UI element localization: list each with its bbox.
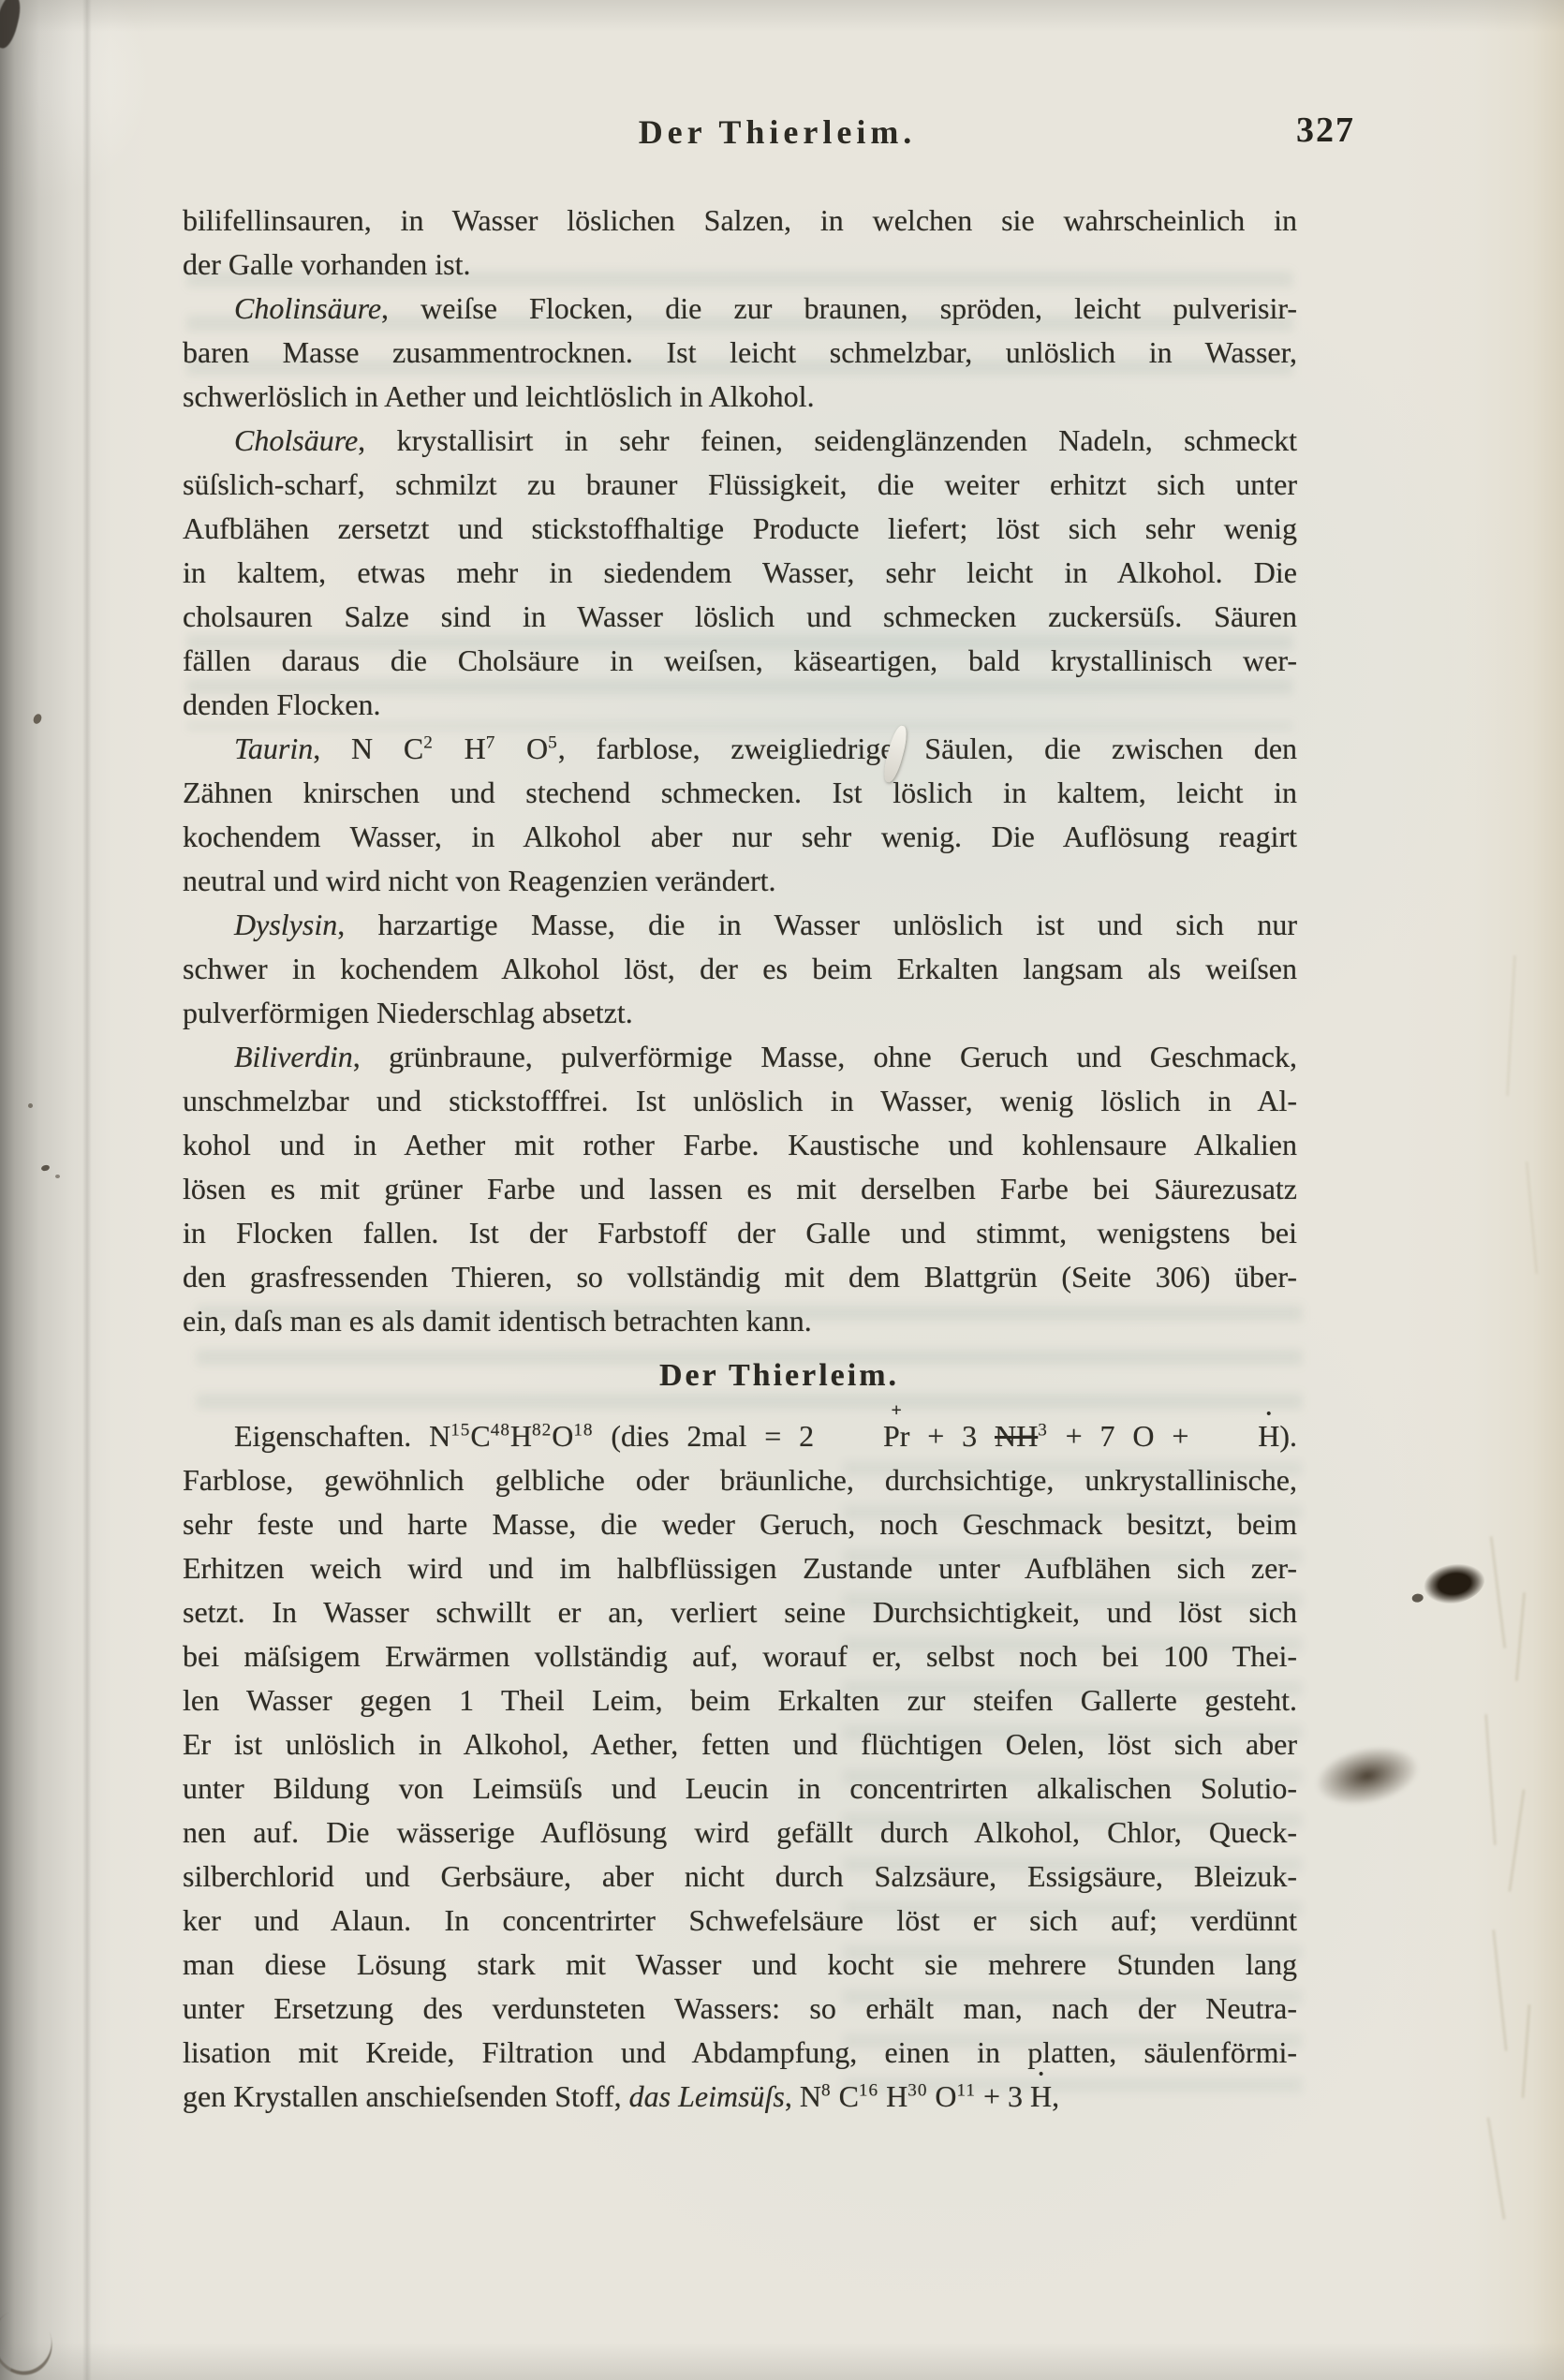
text-segment: C	[470, 1419, 490, 1453]
marginalia-stroke	[1492, 1929, 1508, 2051]
text-segment: O	[495, 732, 548, 765]
text-segment: setzt. In Wasser schwillt er an, verlier…	[183, 1595, 1297, 1629]
text-segment: ein, daſs man es als damit identisch bet…	[183, 1304, 812, 1338]
paper-speck	[32, 713, 43, 725]
text-segment: Zähnen knirschen und stechend schmecken.…	[183, 776, 1297, 809]
marginalia-stroke	[1515, 1592, 1526, 1681]
text-segment: unschmelzbar und stickstofffrei. Ist unl…	[183, 1084, 1297, 1117]
text-line: schwer in kochendem Alkohol löst, der es…	[183, 947, 1297, 991]
ink-mark-top-left	[0, 0, 24, 51]
text-segment: cholsauren Salze sind in Wasser löslich …	[183, 599, 1297, 633]
text-segment: pulverförmigen Niederschlag absetzt.	[183, 996, 633, 1029]
section-heading: Der Thierleim.	[222, 1353, 1336, 1397]
text-line: ker und Alaun. In concentrirter Schwefel…	[183, 1899, 1297, 1943]
text-segment: kohol und in Aether mit rother Farbe. Ka…	[183, 1128, 1297, 1161]
text-segment: Dyslysin	[234, 908, 337, 941]
text-segment: , harzartige Masse, die in Wasser unlösl…	[337, 908, 1297, 941]
text-line: nen auf. Die wässerige Auflösung wird ge…	[183, 1811, 1297, 1855]
text-segment: Eigenschaften. N	[234, 1419, 450, 1453]
page-header: Der Thierleim. 327	[183, 112, 1297, 152]
text-segment: neutral und wird nicht von Reagenzien ve…	[183, 864, 776, 897]
text-segment: 48	[491, 1420, 510, 1440]
paper-speck	[28, 1103, 33, 1108]
text-segment: 11	[957, 2080, 976, 2100]
text-segment: , grünbraune, pulverförmige Masse, ohne …	[353, 1040, 1297, 1073]
text-segment: süſslich-scharf, schmilzt zu brauner Flü…	[183, 467, 1297, 501]
text-line: gen Krystallen anschieſsenden Stoff, das…	[183, 2075, 1297, 2119]
text-segment: O	[927, 2079, 956, 2113]
text-line: kochendem Wasser, in Alkohol aber nur se…	[183, 815, 1297, 859]
text-segment: 30	[907, 2080, 927, 2100]
text-segment: ,	[1052, 2079, 1059, 2113]
text-segment: Erhitzen weich wird und im halbflüssigen…	[183, 1551, 1297, 1585]
text-segment: H	[434, 732, 486, 765]
text-line: Eigenschaften. N15C48H82O18 (dies 2mal =…	[183, 1414, 1297, 1458]
paragraph: Cholinsäure, weiſse Flocken, die zur bra…	[183, 287, 1297, 419]
text-segment: der Galle vorhanden ist.	[183, 247, 470, 281]
text-line: lisation mit Kreide, Filtration und Abda…	[183, 2031, 1297, 2075]
paragraph: Cholsäure, krystallisirt in sehr feinen,…	[183, 419, 1297, 727]
text-segment: nen auf. Die wässerige Auflösung wird ge…	[183, 1815, 1297, 1849]
text-segment: Aufblähen zersetzt und stickstoffhaltige…	[183, 511, 1297, 545]
marginalia-stroke	[1526, 1161, 1538, 1274]
text-segment: len Wasser gegen 1 Theil Leim, beim Erka…	[183, 1683, 1297, 1717]
text-line: Farblose, gewöhnlich gelbliche oder bräu…	[183, 1458, 1297, 1502]
marginalia-stroke	[1522, 2004, 1531, 2098]
text-line: bilifellinsauren, in Wasser löslichen Sa…	[183, 199, 1297, 243]
text-segment: NH	[995, 1419, 1038, 1453]
text-segment: + 3	[976, 2079, 1030, 2113]
text-segment: 16	[859, 2080, 878, 2100]
paper-speck	[55, 1175, 60, 1178]
text-segment: unter Ersetzung des verdunsteten Wassers…	[183, 1991, 1297, 2025]
text-line: unschmelzbar und stickstofffrei. Ist unl…	[183, 1079, 1297, 1123]
ink-blot	[1421, 1560, 1487, 1608]
text-line: pulverförmigen Niederschlag absetzt.	[183, 991, 1297, 1035]
text-segment: , N C	[313, 732, 423, 765]
text-line: lösen es mit grüner Farbe und lassen es …	[183, 1167, 1297, 1211]
text-segment: 8	[821, 2080, 832, 2100]
paragraph: Dyslysin, harzartige Masse, die in Wasse…	[183, 903, 1297, 1035]
text-segment: in Flocken fallen. Ist der Farbstoff der…	[183, 1216, 1297, 1249]
text-segment: unter Bildung von Leimsüſs und Leucin in…	[183, 1771, 1297, 1805]
text-line: unter Ersetzung des verdunsteten Wassers…	[183, 1987, 1297, 2031]
text-segment: silberchlorid und Gerbsäure, aber nicht …	[183, 1859, 1297, 1893]
text-segment: Taurin	[234, 732, 313, 765]
page-content: Der Thierleim. 327 bilifellinsauren, in …	[183, 0, 1297, 2380]
overline-mark: +	[840, 1402, 902, 1421]
text-line: unter Bildung von Leimsüſs und Leucin in…	[183, 1767, 1297, 1811]
text-segment: H	[878, 2079, 907, 2113]
text-segment: denden Flocken.	[183, 687, 381, 721]
text-line: man diese Lösung stark mit Wasser und ko…	[183, 1943, 1297, 1987]
text-line: neutral und wird nicht von Reagenzien ve…	[183, 859, 1297, 903]
text-segment: lösen es mit grüner Farbe und lassen es …	[183, 1172, 1297, 1205]
text-segment: H	[510, 1419, 532, 1453]
text-line: süſslich-scharf, schmilzt zu brauner Flü…	[183, 463, 1297, 507]
handwritten-flourish	[0, 2301, 62, 2380]
text-line: der Galle vorhanden ist.	[183, 243, 1297, 287]
text-segment: kochendem Wasser, in Alkohol aber nur se…	[183, 820, 1297, 853]
text-segment: schwer in kochendem Alkohol löst, der es…	[183, 952, 1297, 985]
text-segment: bei mäſsigem Erwärmen vollständig auf, w…	[183, 1639, 1297, 1673]
text-line: fällen daraus die Cholsäure in weiſsen, …	[183, 639, 1297, 683]
paragraph: Taurin, N C2 H7 O5, farblose, zweigliedr…	[183, 727, 1297, 903]
marginalia-stroke	[1486, 2117, 1505, 2219]
text-line: Er ist unlöslich in Alkohol, Aether, fet…	[183, 1722, 1297, 1767]
text-segment: , weiſse Flocken, die zur braunen, spröd…	[381, 291, 1297, 325]
text-segment: +Pr	[832, 1414, 909, 1458]
text-segment: 15	[450, 1420, 470, 1440]
text-line: baren Masse zusammentrocknen. Ist leicht…	[183, 331, 1297, 375]
text-segment: Er ist unlöslich in Alkohol, Aether, fet…	[183, 1727, 1297, 1761]
text-segment: ·H	[1206, 1414, 1279, 1458]
text-segment: man diese Lösung stark mit Wasser und ko…	[183, 1947, 1297, 1981]
text-line: sehr feste und harte Masse, die weder Ge…	[183, 1502, 1297, 1546]
marginalia-stroke	[1506, 955, 1516, 1096]
book-page-scan: Der Thierleim. 327 bilifellinsauren, in …	[0, 0, 1564, 2380]
text-line: Taurin, N C2 H7 O5, farblose, zweigliedr…	[183, 727, 1297, 771]
text-line: kohol und in Aether mit rother Farbe. Ka…	[183, 1123, 1297, 1167]
text-segment: den grasfressenden Thieren, so vollständ…	[183, 1260, 1297, 1293]
text-segment: Farblose, gewöhnlich gelbliche oder bräu…	[183, 1463, 1297, 1497]
text-segment: baren Masse zusammentrocknen. Ist leicht…	[183, 335, 1297, 369]
text-line: den grasfressenden Thieren, so vollständ…	[183, 1255, 1297, 1299]
text-segment: (dies 2mal = 2	[594, 1419, 832, 1453]
text-segment: C	[832, 2079, 859, 2113]
text-line: in Flocken fallen. Ist der Farbstoff der…	[183, 1211, 1297, 1255]
text-line: Zähnen knirschen und stechend schmecken.…	[183, 771, 1297, 815]
text-segment: bilifellinsauren, in Wasser löslichen Sa…	[183, 203, 1297, 237]
text-segment: + 3	[909, 1419, 995, 1453]
text-segment: 3	[1038, 1420, 1048, 1440]
text-line: cholsauren Salze sind in Wasser löslich …	[183, 595, 1297, 639]
text-line: bei mäſsigem Erwärmen vollständig auf, w…	[183, 1634, 1297, 1678]
text-segment: ·H	[1030, 2075, 1052, 2119]
text-segment: , krystallisirt in sehr feinen, seidengl…	[358, 423, 1297, 457]
text-segment: 7	[486, 732, 496, 752]
paragraph: bilifellinsauren, in Wasser löslichen Sa…	[183, 199, 1297, 287]
text-line: setzt. In Wasser schwillt er an, verlier…	[183, 1590, 1297, 1634]
text-line: len Wasser gegen 1 Theil Leim, beim Erka…	[183, 1678, 1297, 1722]
text-segment: fällen daraus die Cholsäure in weiſsen, …	[183, 643, 1297, 677]
text-segment: 5	[548, 732, 558, 752]
text-line: Biliverdin, grünbraune, pulverförmige Ma…	[183, 1035, 1297, 1079]
text-segment: sehr feste und harte Masse, die weder Ge…	[183, 1507, 1297, 1541]
book-gutter-shadow	[82, 0, 92, 2380]
text-segment: Cholinsäure	[234, 291, 381, 325]
running-title: Der Thierleim.	[220, 112, 1335, 152]
text-segment: 2	[423, 732, 434, 752]
overline-mark: ·	[1214, 1403, 1273, 1426]
ink-smear	[1310, 1737, 1424, 1814]
page-number: 327	[1296, 110, 1355, 151]
text-segment: , N	[785, 2079, 821, 2113]
text-segment: , farblose, zweigliedrige Säulen, die zw…	[558, 732, 1297, 765]
marginalia-stroke	[1484, 1714, 1497, 1845]
text-line: ein, daſs man es als damit identisch bet…	[183, 1299, 1297, 1343]
text-line: denden Flocken.	[183, 683, 1297, 727]
text-line: Erhitzen weich wird und im halbflüssigen…	[183, 1546, 1297, 1590]
text-line: in kaltem, etwas mehr in siedendem Wasse…	[183, 551, 1297, 595]
text-segment: O	[552, 1419, 573, 1453]
text-segment: in kaltem, etwas mehr in siedendem Wasse…	[183, 555, 1297, 589]
text-segment: gen Krystallen anschieſsenden Stoff,	[183, 2079, 629, 2113]
text-line: schwerlöslich in Aether und leichtlöslic…	[183, 375, 1297, 419]
text-segment: schwerlöslich in Aether und leichtlöslic…	[183, 379, 815, 413]
paragraph: Biliverdin, grünbraune, pulverförmige Ma…	[183, 1035, 1297, 1343]
text-segment: ).	[1279, 1419, 1297, 1453]
paper-speck	[40, 1164, 50, 1172]
text-segment: Cholsäure	[234, 423, 358, 457]
marginalia-stroke	[1508, 1789, 1525, 1891]
text-body: bilifellinsauren, in Wasser löslichen Sa…	[183, 199, 1297, 2119]
text-segment: 18	[573, 1420, 593, 1440]
text-segment: ker und Alaun. In concentrirter Schwefel…	[183, 1903, 1297, 1937]
text-segment: + 7 O +	[1048, 1419, 1206, 1453]
marginalia-stroke	[1490, 1536, 1507, 1648]
paragraph: Eigenschaften. N15C48H82O18 (dies 2mal =…	[183, 1414, 1297, 2119]
text-line: Dyslysin, harzartige Masse, die in Wasse…	[183, 903, 1297, 947]
text-segment: lisation mit Kreide, Filtration und Abda…	[183, 2035, 1297, 2069]
text-segment: 82	[532, 1420, 552, 1440]
overline-mark: ·	[1038, 2063, 1045, 2086]
text-line: Cholsäure, krystallisirt in sehr feinen,…	[183, 419, 1297, 463]
text-segment: das Leimsüſs	[629, 2079, 785, 2113]
text-line: Aufblähen zersetzt und stickstoffhaltige…	[183, 507, 1297, 551]
text-line: silberchlorid und Gerbsäure, aber nicht …	[183, 1855, 1297, 1899]
text-line: Cholinsäure, weiſse Flocken, die zur bra…	[183, 287, 1297, 331]
text-segment: Biliverdin	[234, 1040, 353, 1073]
